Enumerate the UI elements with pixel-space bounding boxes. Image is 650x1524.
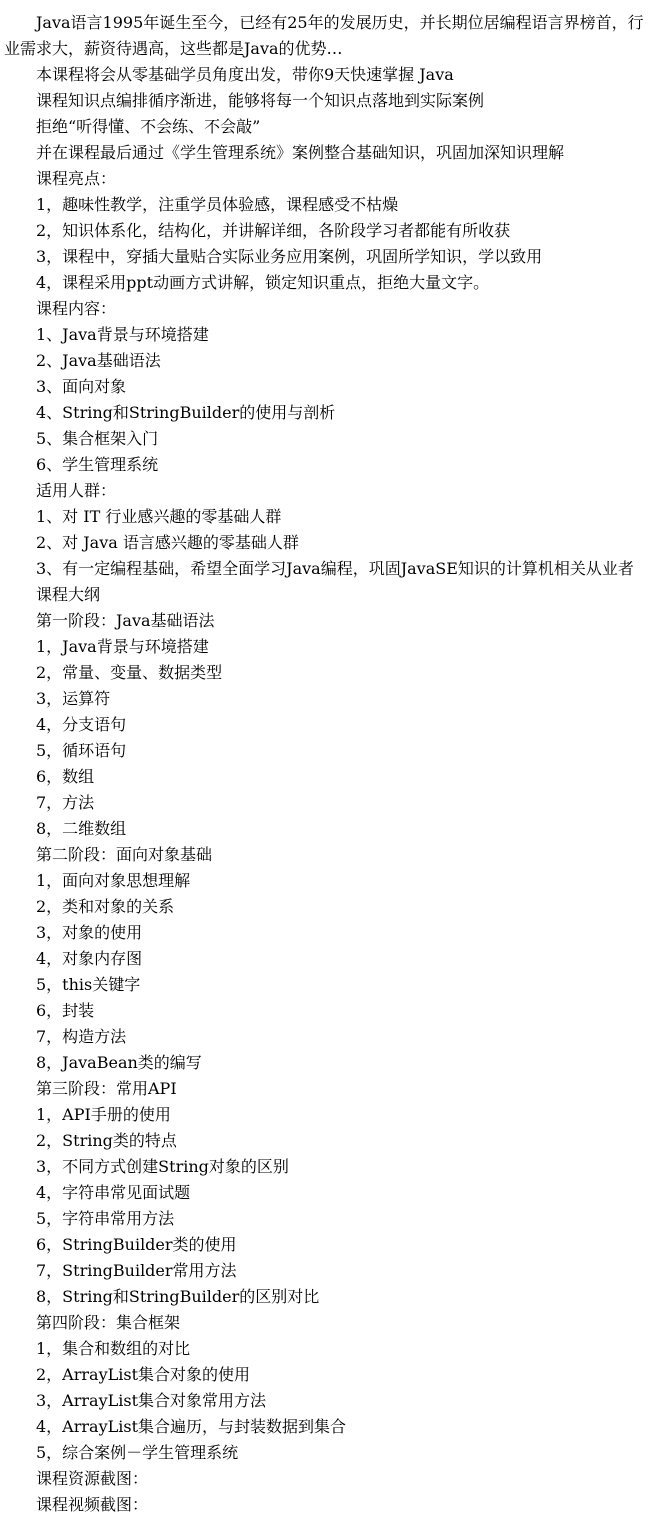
text-line: 第二阶段：面向对象基础 — [36, 842, 212, 868]
text-line: 6、学生管理系统 — [36, 452, 158, 478]
text-line: 5、集合框架入门 — [36, 426, 158, 452]
text-line: 课程知识点编排循序渐进，能够将每一个知识点落地到实际案例 — [36, 88, 484, 114]
text-line: 2，String类的特点 — [36, 1128, 177, 1154]
text-line: 5，字符串常用方法 — [36, 1206, 174, 1232]
text-line: 拒绝“听得懂、不会练、不会敲” — [36, 114, 260, 140]
text-line: 1、Java背景与环境搭建 — [36, 322, 209, 348]
text-line: 适用人群： — [36, 478, 116, 504]
text-line: 第一阶段：Java基础语法 — [36, 608, 215, 634]
text-line: 5，this关键字 — [36, 972, 140, 998]
text-line: 4，字符串常见面试题 — [36, 1180, 190, 1206]
text-line: 课程视频截图： — [36, 1492, 148, 1518]
text-line: 4，分支语句 — [36, 712, 126, 738]
text-line: 课程内容： — [36, 296, 116, 322]
text-line: 课程资源截图： — [36, 1466, 148, 1492]
text-line: 2，类和对象的关系 — [36, 894, 174, 920]
text-line: 并在课程最后通过《学生管理系统》案例整合基础知识，巩固加深知识理解 — [36, 140, 564, 166]
text-line: 3，ArrayList集合对象常用方法 — [36, 1388, 266, 1414]
text-line: 3，不同方式创建String对象的区别 — [36, 1154, 289, 1180]
text-line: 3，对象的使用 — [36, 920, 142, 946]
text-line: 6，StringBuilder类的使用 — [36, 1232, 237, 1258]
text-line: 4，对象内存图 — [36, 946, 142, 972]
text-line: 第四阶段：集合框架 — [36, 1310, 180, 1336]
text-line: 3、有一定编程基础，希望全面学习Java编程，巩固JavaSE知识的计算机相关从… — [36, 556, 634, 582]
text-line: 1，面向对象思想理解 — [36, 868, 190, 894]
text-line: 课程亮点： — [36, 166, 116, 192]
text-line: 5，综合案例－学生管理系统 — [36, 1440, 238, 1466]
text-line: 7，StringBuilder常用方法 — [36, 1258, 237, 1284]
text-line: 1，趣味性教学，注重学员体验感，课程感受不枯燥 — [36, 192, 398, 218]
text-line: 1、对 IT 行业感兴趣的零基础人群 — [36, 504, 281, 530]
text-line: 2，知识体系化，结构化，并讲解详细，各阶段学习者都能有所收获 — [36, 218, 510, 244]
text-line: 2，ArrayList集合对象的使用 — [36, 1362, 250, 1388]
intro-paragraph: Java语言1995年诞生至今，已经有25年的发展历史，并长期位居编程语言界榜首… — [4, 10, 646, 62]
text-line: 课程大纲 — [36, 582, 100, 608]
text-line: 8，String和StringBuilder的区别对比 — [36, 1284, 319, 1310]
text-line: 7，方法 — [36, 790, 94, 816]
text-line: 3，运算符 — [36, 686, 110, 712]
text-line: 6，数组 — [36, 764, 94, 790]
text-line: 5，循环语句 — [36, 738, 126, 764]
text-line: 2，常量、变量、数据类型 — [36, 660, 222, 686]
text-line: 7，构造方法 — [36, 1024, 126, 1050]
text-line: 第三阶段：常用API — [36, 1076, 177, 1102]
text-line: 本课程将会从零基础学员角度出发，带你9天快速掌握 Java — [36, 62, 454, 88]
text-line: 2、Java基础语法 — [36, 348, 161, 374]
text-line: 1，API手册的使用 — [36, 1102, 171, 1128]
text-line: 6，封装 — [36, 998, 94, 1024]
text-line: 1，Java背景与环境搭建 — [36, 634, 209, 660]
text-line: 4，ArrayList集合遍历，与封装数据到集合 — [36, 1414, 346, 1440]
text-line: 8，二维数组 — [36, 816, 126, 842]
text-line: 3，课程中，穿插大量贴合实际业务应用案例，巩固所学知识，学以致用 — [36, 244, 542, 270]
text-line: 8，JavaBean类的编写 — [36, 1050, 202, 1076]
text-line: 4，课程采用ppt动画方式讲解，锁定知识重点，拒绝大量文字。 — [36, 270, 489, 296]
text-line: 3、面向对象 — [36, 374, 126, 400]
text-line: 2、对 Java 语言感兴趣的零基础人群 — [36, 530, 299, 556]
text-line: 1，集合和数组的对比 — [36, 1336, 190, 1362]
text-line: 4、String和StringBuilder的使用与剖析 — [36, 400, 335, 426]
